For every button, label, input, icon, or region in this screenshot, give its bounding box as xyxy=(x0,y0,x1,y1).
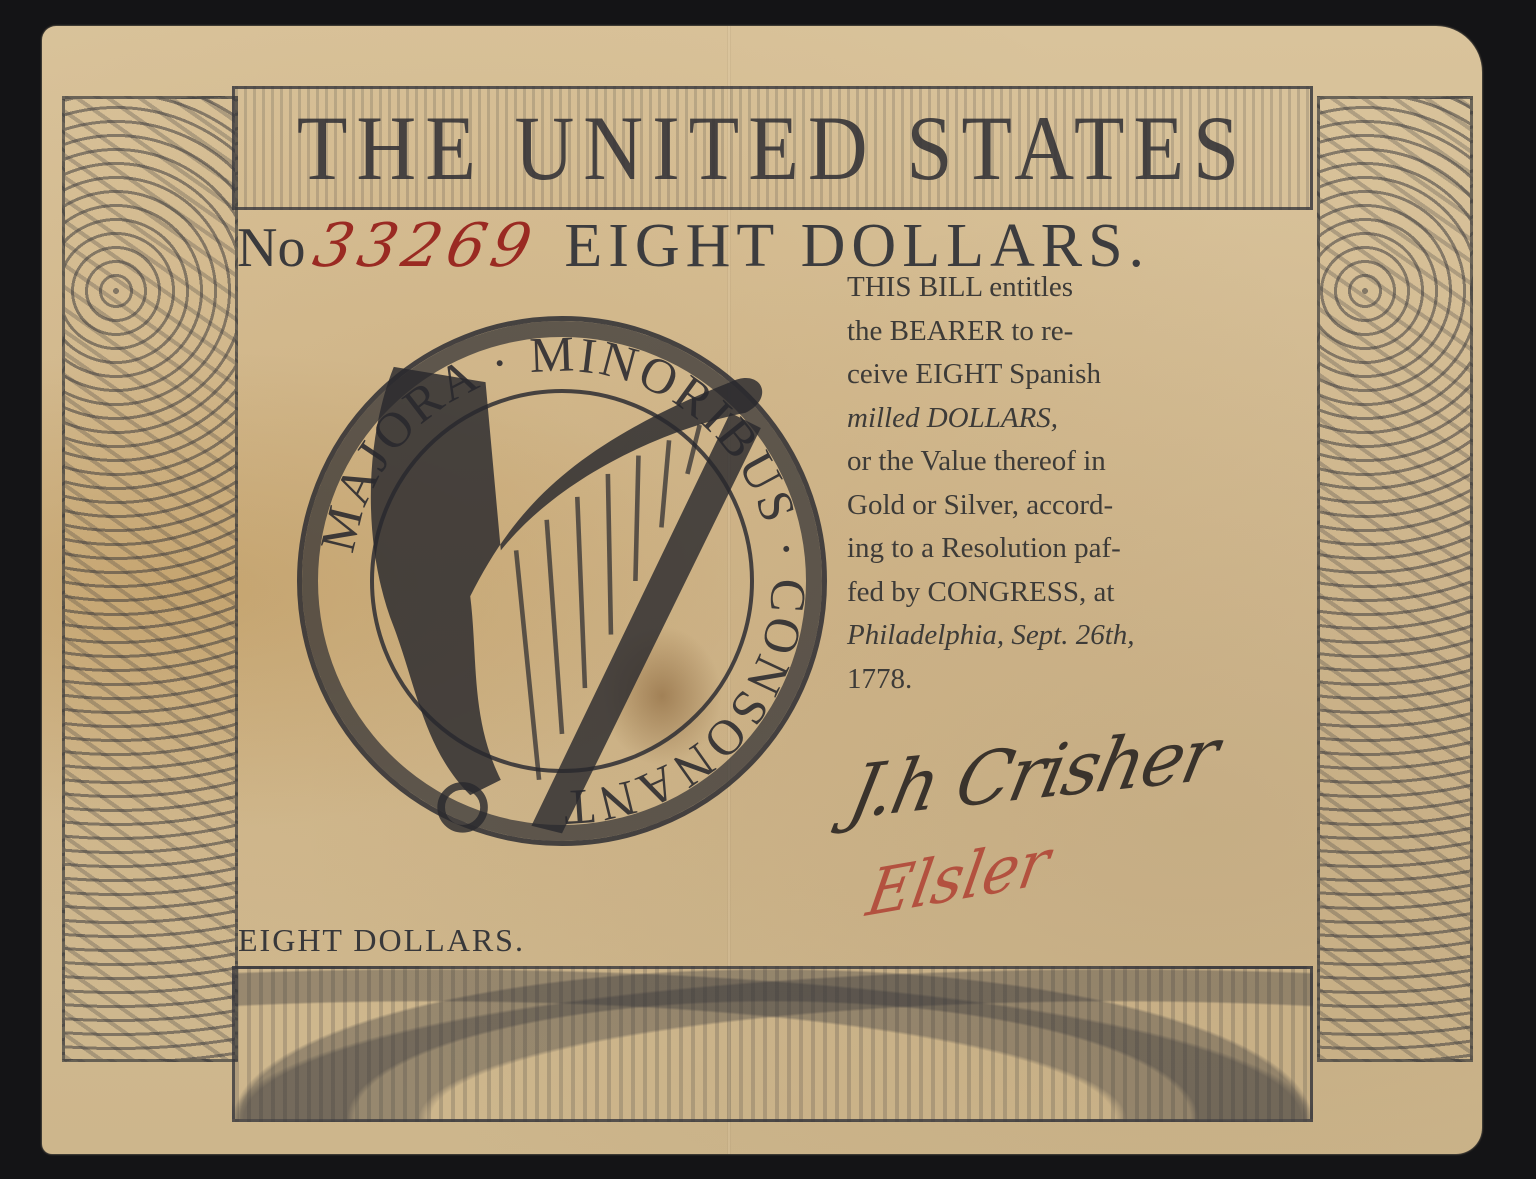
text-line: ing to a Resolution paf- xyxy=(847,527,1327,571)
signature-black: J.h Crisher xyxy=(842,711,1225,836)
harp-icon xyxy=(302,321,822,841)
text-line: THIS BILL entitles xyxy=(847,266,1327,310)
top-title-panel: THE UNITED STATES xyxy=(232,86,1313,210)
text-line: the BEARER to re- xyxy=(847,310,1327,354)
text-line: ceive EIGHT Spanish xyxy=(847,353,1327,397)
serial-number: 33269 xyxy=(308,211,544,281)
left-ornamental-border xyxy=(62,96,238,1062)
text-line: Gold or Silver, accord- xyxy=(847,484,1327,528)
serial-prefix: No xyxy=(237,216,305,280)
denomination-bottom: EIGHT DOLLARS. xyxy=(238,922,525,959)
text-line: Philadelphia, Sept. 26th, xyxy=(847,614,1327,658)
right-ornamental-border xyxy=(1317,96,1473,1062)
top-title: THE UNITED STATES xyxy=(297,95,1248,201)
text-line: or the Value thereof in xyxy=(847,440,1327,484)
text-line: milled DOLLARS, xyxy=(847,397,1327,441)
bottom-ornamental-panel xyxy=(232,966,1313,1122)
seal: MAJORA · MINORIBUS · CONSONANT xyxy=(297,316,827,846)
redemption-text: THIS BILL entitles the BEARER to re- cei… xyxy=(847,266,1327,701)
text-line: fed by CONGRESS, at xyxy=(847,571,1327,615)
banknote: THE UNITED STATES No 33269 EIGHT DOLLARS… xyxy=(42,26,1482,1154)
text-line: 1778. xyxy=(847,658,1327,702)
signature-red: Elsler xyxy=(862,823,1056,931)
